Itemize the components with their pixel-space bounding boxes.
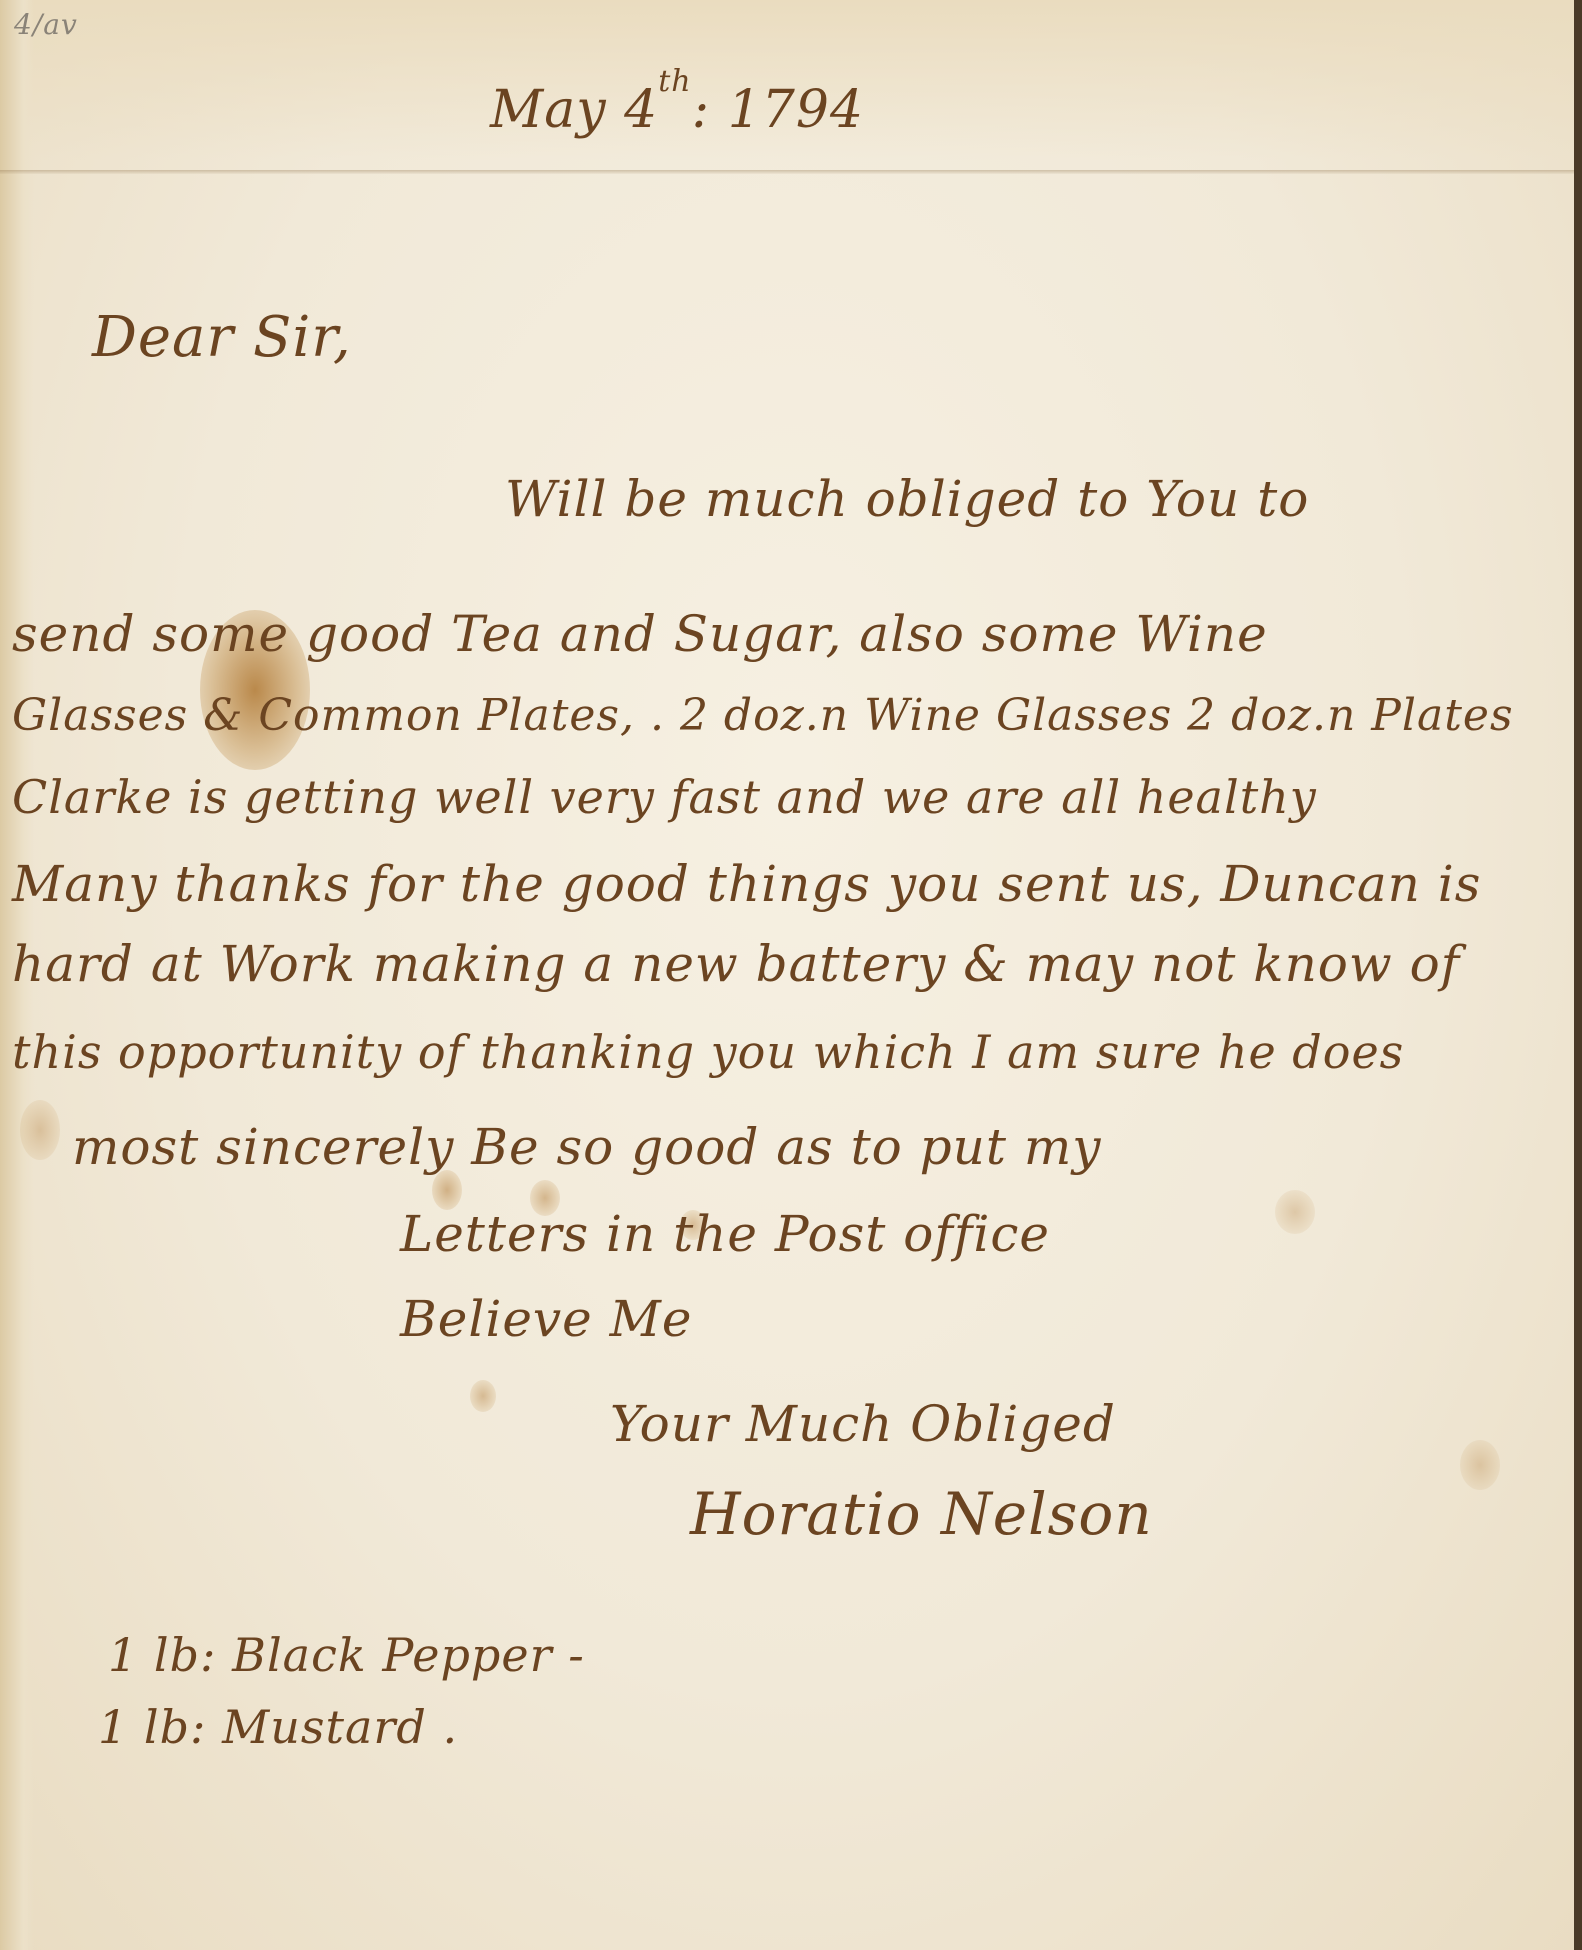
postscript-line: 1 lb: Black Pepper - bbox=[108, 1628, 585, 1682]
date-ordinal: th bbox=[658, 64, 691, 99]
closing-line: Believe Me bbox=[400, 1290, 692, 1348]
body-line: send some good Tea and Sugar, also some … bbox=[12, 605, 1268, 663]
foxing-spot bbox=[432, 1170, 462, 1210]
frame-right-edge bbox=[1574, 0, 1582, 1950]
postscript-line: 1 lb: Mustard . bbox=[98, 1700, 458, 1754]
body-line: Glasses & Common Plates, . 2 doz.n Wine … bbox=[12, 690, 1514, 741]
foxing-spot bbox=[470, 1380, 496, 1412]
closing-line: Letters in the Post office bbox=[400, 1205, 1050, 1263]
signature: Horatio Nelson bbox=[690, 1480, 1153, 1548]
closing-line: Your Much Obliged bbox=[610, 1395, 1116, 1453]
letter-date: May 4th: 1794 bbox=[490, 80, 864, 140]
paper-fold-line bbox=[0, 170, 1582, 174]
body-line: Many thanks for the good things you sent… bbox=[12, 855, 1481, 913]
foxing-spot bbox=[1275, 1190, 1315, 1234]
salutation: Dear Sir, bbox=[92, 305, 352, 370]
letter-sheet: 4/av May 4th: 1794 Dear Sir, Will be muc… bbox=[0, 0, 1582, 1950]
date-year: : 1794 bbox=[692, 80, 864, 140]
date-text: May 4 bbox=[490, 80, 658, 140]
body-line: hard at Work making a new battery & may … bbox=[12, 935, 1460, 993]
body-line: Will be much obliged to You to bbox=[505, 470, 1309, 528]
body-line: this opportunity of thanking you which I… bbox=[12, 1025, 1404, 1079]
archival-note: 4/av bbox=[14, 8, 78, 41]
foxing-spot bbox=[20, 1100, 60, 1160]
foxing-spot bbox=[1460, 1440, 1500, 1490]
body-line: most sincerely Be so good as to put my bbox=[72, 1118, 1102, 1176]
body-line: Clarke is getting well very fast and we … bbox=[12, 770, 1317, 824]
